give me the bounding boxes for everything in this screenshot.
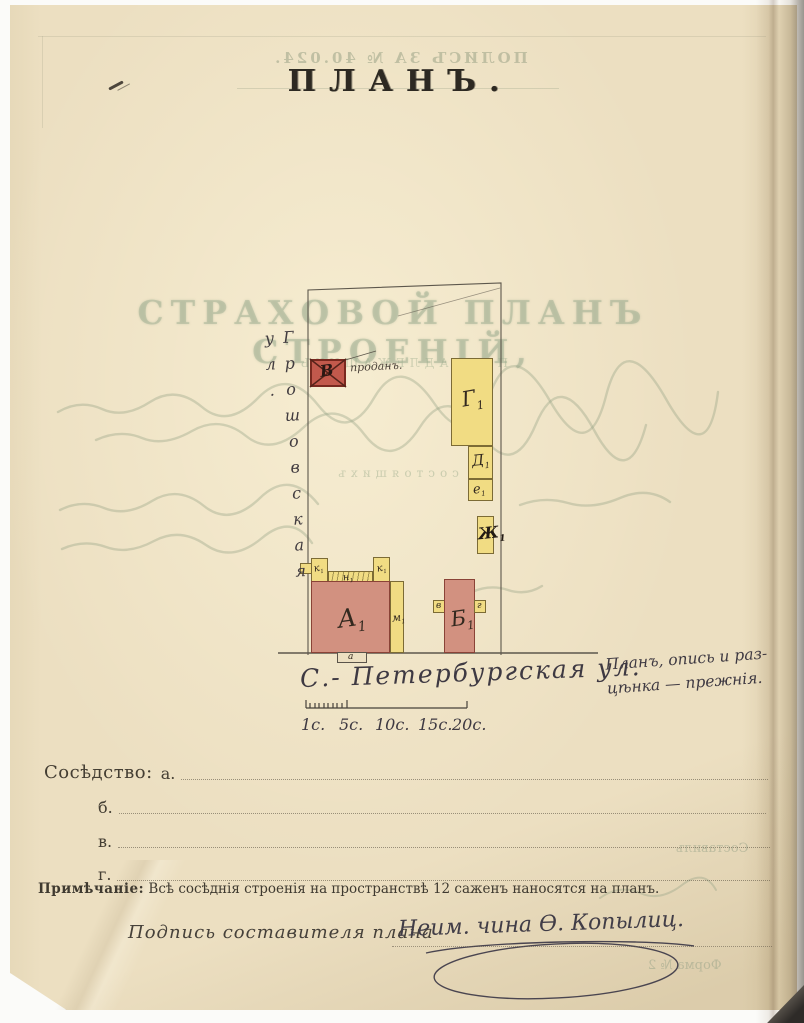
- scale-label-5: 5с.: [339, 715, 363, 734]
- scale-label-20: 20с.: [452, 715, 486, 734]
- neighbor-key-v: в.: [98, 832, 112, 851]
- label-building-v: В: [319, 362, 335, 380]
- neighbors-row-b: б.: [98, 798, 766, 817]
- neighbor-key-b: б.: [98, 798, 113, 817]
- neighbor-key-a: а.: [161, 764, 176, 783]
- scale-label-15: 15с.: [418, 715, 452, 734]
- neighbors-row-v: в.: [98, 832, 770, 851]
- scale-label-10: 10с.: [375, 715, 409, 734]
- label-building-a-small: а: [348, 653, 353, 662]
- neighbors-heading: Сосѣдство:: [44, 762, 153, 783]
- label-building-g-small: г: [477, 602, 482, 611]
- signature-dotted-line: [392, 945, 772, 947]
- note-sold: проданъ.: [350, 359, 403, 375]
- scale-label-1: 1с.: [301, 715, 325, 734]
- label-building-a1: А1: [336, 603, 368, 637]
- dotted-leader: [118, 846, 770, 848]
- signature-caption: Подпись составителя плана: [128, 922, 434, 943]
- page-title: ПЛАНЪ.: [250, 64, 550, 99]
- label-building-v-small: в: [436, 602, 441, 611]
- neighbors-row-a: Сосѣдство: а.: [44, 762, 768, 783]
- footnote-text: Всѣ сосѣднія строенія на пространствѣ 12…: [144, 881, 659, 897]
- label-building-k1-right: к1: [376, 563, 387, 576]
- right-fold-shadow: [756, 0, 804, 1023]
- label-building-g1: Г1: [460, 386, 485, 414]
- label-building-n1: н1: [342, 573, 353, 586]
- label-building-m1: м1: [391, 611, 405, 626]
- footnote-label: Примѣчаніе:: [38, 881, 144, 897]
- footnote: Примѣчаніе: Всѣ сосѣднія строенія на про…: [38, 881, 738, 897]
- label-building-d1: Д1: [471, 452, 490, 471]
- scanned-document-page: ПОЛИСЪ ЗА № 40.024. СТРАХОВОЙ ПЛАНЪ СТРО…: [0, 0, 804, 1023]
- label-building-e1: е1: [472, 482, 486, 498]
- label-building-k1-left: к1: [313, 563, 324, 576]
- label-building-zh1: Ж1: [477, 524, 506, 546]
- dotted-leader: [181, 778, 768, 780]
- label-building-b1: Б1: [449, 607, 475, 635]
- dotted-leader: [119, 812, 766, 814]
